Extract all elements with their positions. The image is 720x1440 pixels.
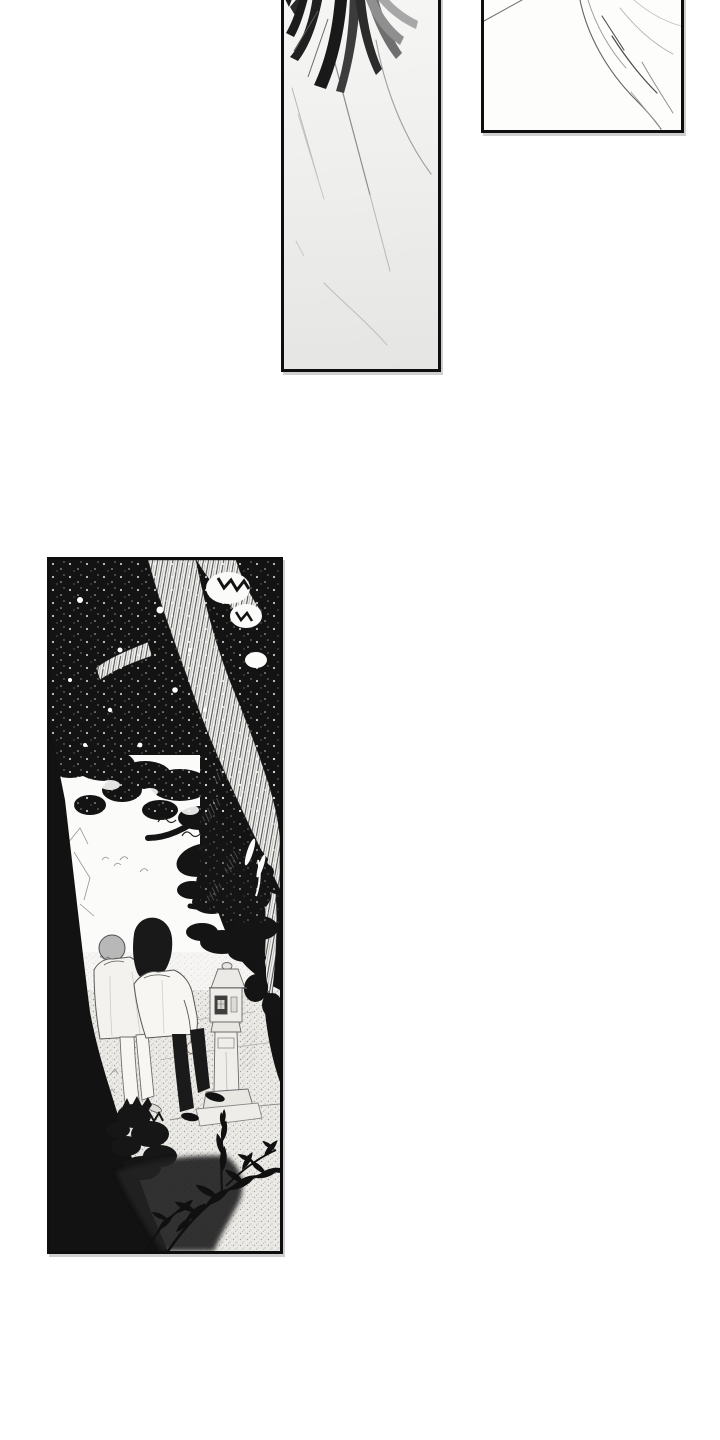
- branch-lines: [484, 0, 681, 129]
- branch-lines-illustration: [484, 0, 681, 130]
- faint-trunk-lines: [292, 40, 431, 345]
- gray-hair-head: [99, 935, 125, 961]
- panel-leaves: [281, 0, 441, 372]
- manga-page: { "page": { "background": "#ffffff" }, "…: [0, 0, 720, 1440]
- panel-forest: [47, 557, 283, 1254]
- canopy-speckles: [50, 560, 280, 925]
- panel-branches: [481, 0, 684, 133]
- forest-illustration: [50, 560, 280, 1251]
- leaf-fronds: [284, 0, 418, 93]
- leaves-illustration: [284, 0, 438, 369]
